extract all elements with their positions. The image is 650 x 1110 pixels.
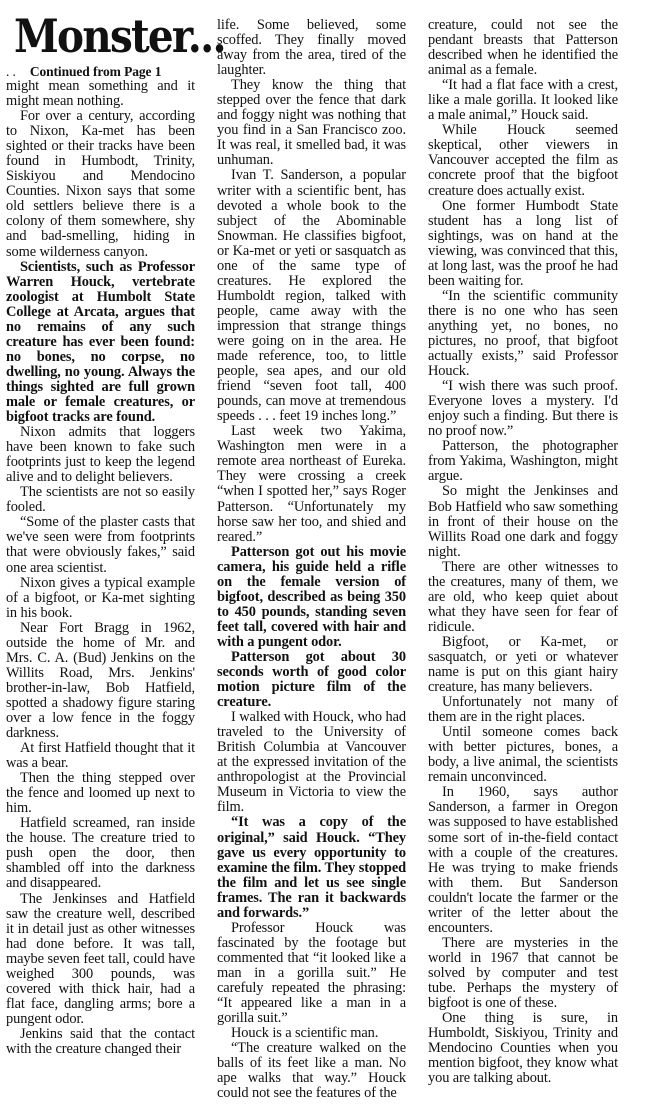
article-column-3: creature, could not see the pendant brea… bbox=[428, 18, 618, 1086]
paragraph: While Houck seemed skeptical, other view… bbox=[428, 123, 618, 198]
article-column-1: Monster... . .Continued from Page 1 migh… bbox=[6, 0, 195, 1057]
paragraph: “I wish there was such proof. Everyone l… bbox=[428, 379, 618, 439]
paragraph: “In the scientific community there is no… bbox=[428, 289, 618, 379]
paragraph: “Some of the plaster casts that we've se… bbox=[6, 515, 195, 575]
paragraph: There are other witnesses to the creatur… bbox=[428, 560, 618, 635]
paragraph: Patterson got out his movie camera, his … bbox=[217, 545, 406, 650]
continued-from-line: . .Continued from Page 1 bbox=[6, 64, 195, 79]
paragraph: Ivan T. Sanderson, a popular writer with… bbox=[217, 168, 406, 424]
paragraph: So might the Jenkinses and Bob Hatfield … bbox=[428, 484, 618, 559]
paragraph: In 1960, says author Sanderson, a farmer… bbox=[428, 785, 618, 935]
paragraph: The Jenkinses and Hatfield saw the creat… bbox=[6, 892, 195, 1027]
continued-dots: . . bbox=[6, 64, 16, 79]
paragraph: For over a century, according to Nixon, … bbox=[6, 109, 195, 259]
paragraph: Near Fort Bragg in 1962, outside the hom… bbox=[6, 621, 195, 741]
continued-label: Continued from Page 1 bbox=[30, 64, 162, 79]
article-column-2: life. Some believed, some scoffed. They … bbox=[217, 18, 406, 1101]
newspaper-clipping: Monster... . .Continued from Page 1 migh… bbox=[0, 0, 650, 1110]
headline: Monster... bbox=[14, 10, 173, 62]
paragraph: Patterson, the photographer from Yakima,… bbox=[428, 439, 618, 484]
paragraph: life. Some believed, some scoffed. They … bbox=[217, 18, 406, 78]
paragraph: Patterson got about 30 seconds worth of … bbox=[217, 650, 406, 710]
paragraph: Unfortunately not many of them are in th… bbox=[428, 695, 618, 725]
paragraph: “It had a flat face with a crest, like a… bbox=[428, 78, 618, 123]
paragraph: One thing is sure, in Humboldt, Siskiyou… bbox=[428, 1011, 618, 1086]
paragraph: Then the thing stepped over the fence an… bbox=[6, 771, 195, 816]
paragraph: Until someone comes back with better pic… bbox=[428, 725, 618, 785]
paragraph: There are mysteries in the world in 1967… bbox=[428, 936, 618, 1011]
paragraph: Scientists, such as Professor Warren Hou… bbox=[6, 260, 195, 426]
paragraph: Last week two Yakima, Washington men wer… bbox=[217, 424, 406, 544]
paragraph: One former Humbodt State student has a l… bbox=[428, 199, 618, 289]
paragraph: Houck is a scientific man. bbox=[217, 1026, 406, 1041]
paragraph: Professor Houck was fascinated by the fo… bbox=[217, 921, 406, 1026]
paragraph: “It was a copy of the original,” said Ho… bbox=[217, 815, 406, 920]
paragraph: At first Hatfield thought that it was a … bbox=[6, 741, 195, 771]
paragraph: Nixon gives a typical example of a bigfo… bbox=[6, 576, 195, 621]
paragraph: The scientists are not so easily fooled. bbox=[6, 485, 195, 515]
paragraph: Bigfoot, or Ka-met, or sasquatch, or yet… bbox=[428, 635, 618, 695]
paragraph: creature, could not see the pendant brea… bbox=[428, 18, 618, 78]
paragraph: Jenkins said that the contact with the c… bbox=[6, 1027, 195, 1057]
paragraph: might mean something and it might mean n… bbox=[6, 79, 195, 109]
paragraph: I walked with Houck, who had traveled to… bbox=[217, 710, 406, 815]
paragraph: They know the thing that stepped over th… bbox=[217, 78, 406, 168]
paragraph: Hatfield screamed, ran inside the house.… bbox=[6, 816, 195, 891]
paragraph: Nixon admits that loggers have been know… bbox=[6, 425, 195, 485]
paragraph: “The creature walked on the balls of its… bbox=[217, 1041, 406, 1101]
